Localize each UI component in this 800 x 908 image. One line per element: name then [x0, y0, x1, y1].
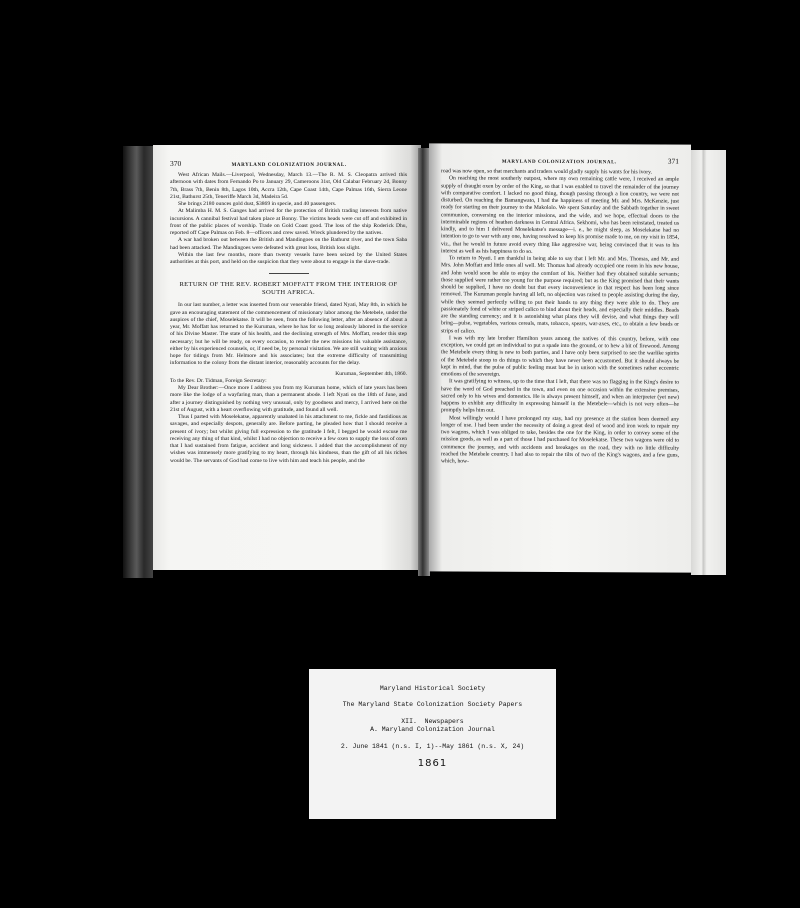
right-page-number: 371: [668, 157, 679, 166]
card-series: XII. Newspapers: [309, 718, 556, 725]
right-running-title: MARYLAND COLONIZATION JOURNAL.: [502, 160, 617, 166]
body-paragraph: I was with my late brother Hamilton year…: [441, 335, 679, 380]
right-running-head: MARYLAND COLONIZATION JOURNAL. 371: [441, 155, 679, 165]
left-page-number: 370: [170, 159, 181, 168]
body-paragraph: On reaching the most southerly outpost, …: [441, 176, 679, 257]
card-institution: Maryland Historical Society: [309, 685, 556, 692]
right-page: MARYLAND COLONIZATION JOURNAL. 371 road …: [429, 143, 691, 572]
open-book: 370 MARYLAND COLONIZATION JOURNAL. West …: [115, 140, 740, 580]
page-fore-edge: [691, 150, 726, 575]
book-binding-left: [123, 146, 153, 578]
section-divider: [269, 273, 309, 274]
letter-paragraph: My Dear Brother:—Once more I address you…: [170, 385, 407, 414]
news-paragraph: At Malimba H. M. S. Ganges had arrived f…: [170, 208, 407, 237]
left-page: 370 MARYLAND COLONIZATION JOURNAL. West …: [153, 145, 421, 570]
body-paragraph: To return to Nyati. I am thankful in bei…: [441, 255, 679, 336]
body-paragraph: It was gratifying to witness, up to the …: [441, 379, 679, 416]
card-subseries: A. Maryland Colonization Journal: [309, 726, 556, 733]
card-collection: The Maryland State Colonization Society …: [309, 701, 556, 708]
letter-addressee: To the Rev. Dr. Tidman, Foreign Secretar…: [170, 378, 407, 385]
left-page-body: West African Mails.—Liverpool, Wednesday…: [170, 172, 407, 465]
letter-paragraph: Thus I parted with Moselekatse, apparent…: [170, 414, 407, 465]
left-running-title: MARYLAND COLONIZATION JOURNAL.: [232, 163, 347, 168]
right-page-body: road was now open, so that merchants and…: [441, 168, 679, 466]
news-paragraph: West African Mails.—Liverpool, Wednesday…: [170, 172, 407, 201]
catalog-card: Maryland Historical Society The Maryland…: [309, 669, 556, 819]
body-paragraph: Most willingly would I have prolonged my…: [441, 415, 679, 467]
article-heading: RETURN OF THE REV. ROBERT MOFFATT FROM T…: [170, 281, 407, 297]
card-handwritten-year: 1861: [309, 758, 556, 769]
letter-dateline: Kuruman, September 4th, 1860.: [170, 371, 407, 378]
news-paragraph: Within the last few months, more than tw…: [170, 252, 407, 267]
news-paragraph: A war had broken out between the British…: [170, 237, 407, 252]
card-range: 2. June 1841 (n.s. I, 1)--May 1861 (n.s.…: [309, 743, 556, 750]
intro-paragraph: In our last number, a letter was inserte…: [170, 302, 407, 367]
left-running-head: 370 MARYLAND COLONIZATION JOURNAL.: [170, 159, 407, 168]
